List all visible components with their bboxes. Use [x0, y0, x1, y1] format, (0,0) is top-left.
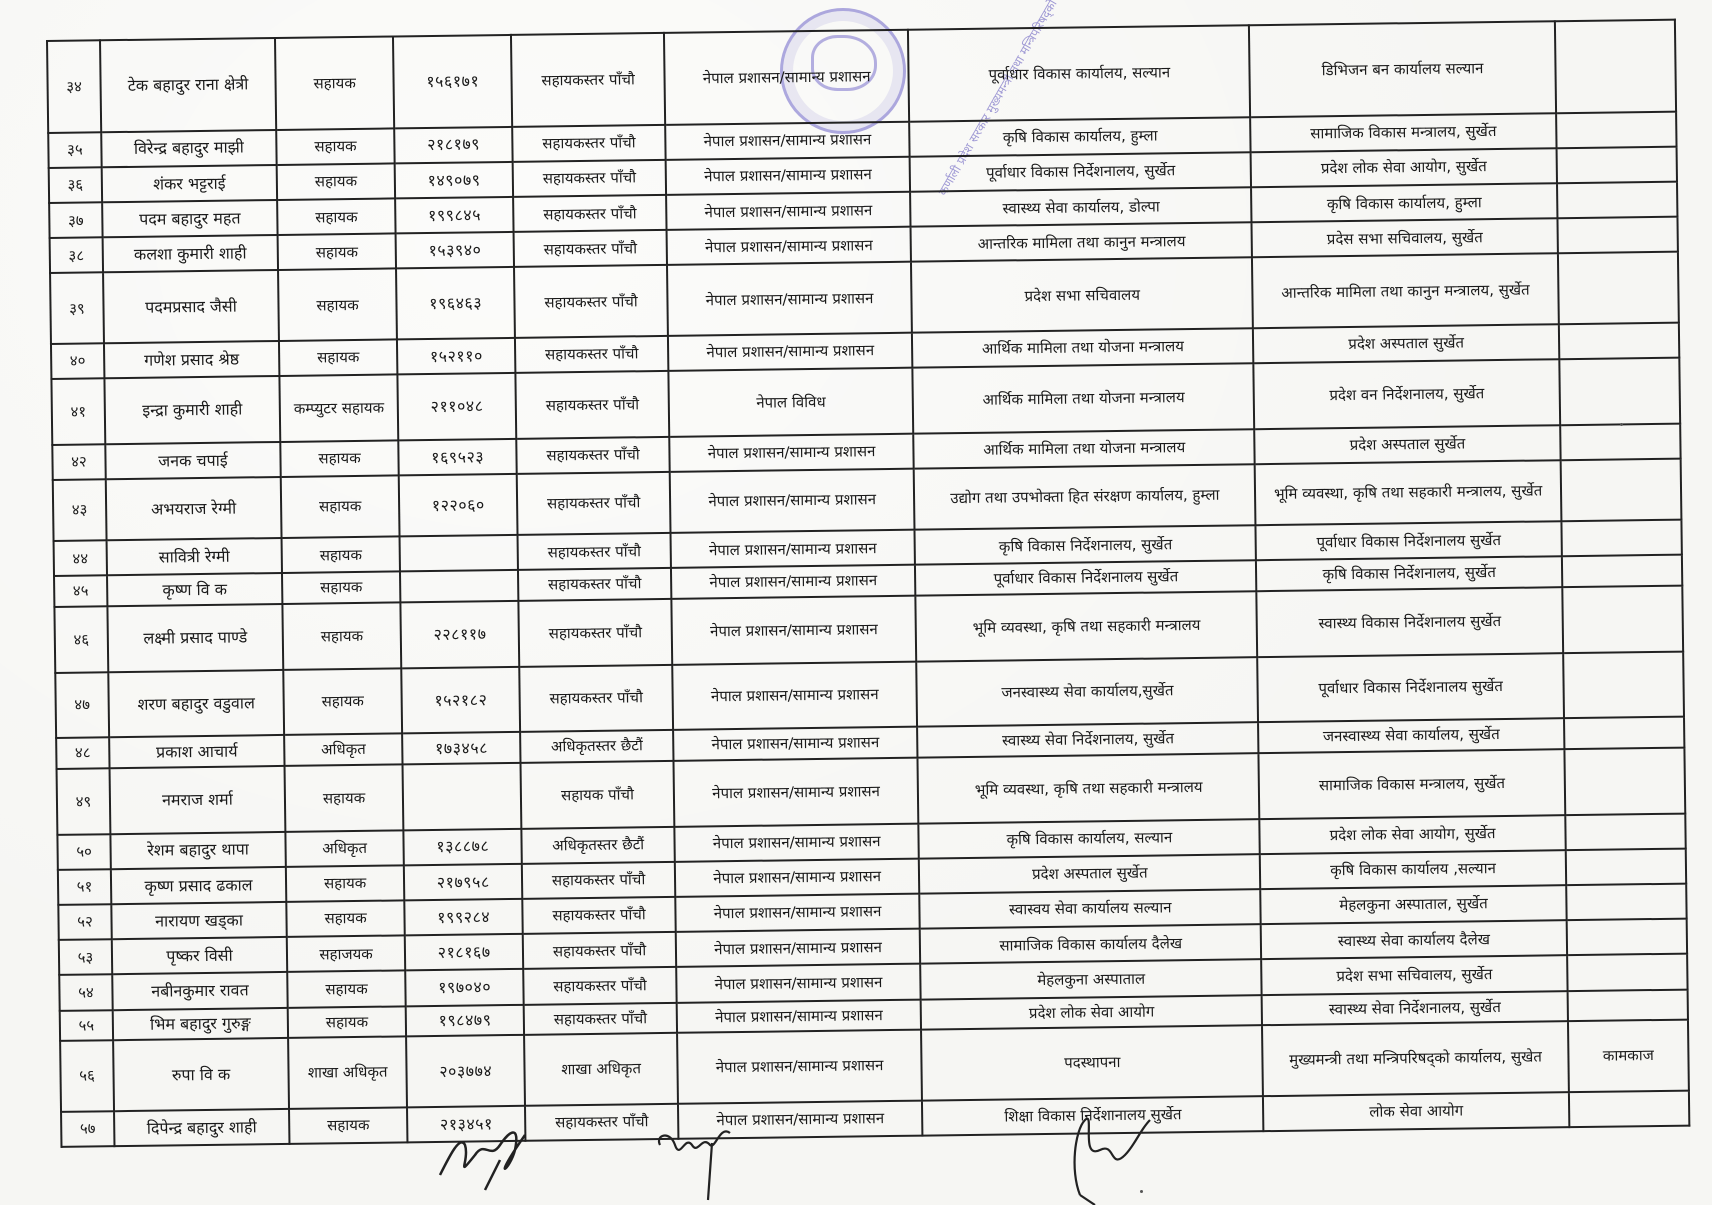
cell-post: सहायक [282, 602, 401, 669]
cell-level: सहायकस्तर पाँचौ [523, 897, 676, 934]
cell-current-office: पूर्वाधार विकास निर्देशनालय, सुर्खेत [910, 152, 1251, 192]
cell-code: २१३४५१ [407, 1105, 526, 1142]
cell-level: सहायकस्तर पाँचौ [512, 124, 665, 161]
cell-post: सहायक [287, 971, 406, 1008]
cell-name: गणेश प्रसाद श्रेष्ठ [104, 341, 280, 379]
cell-name: कृष्ण वि क [107, 573, 282, 606]
cell-remarks [1557, 182, 1678, 219]
cell-current-office: प्रदेश लोक सेवा आयोग [921, 995, 1262, 1030]
cell-level: सहायकस्तर पाँचौ [514, 265, 668, 337]
cell-post: सहायक [280, 440, 399, 477]
cell-level: सहायकस्तर पाँचौ [515, 336, 668, 373]
cell-remarks [1567, 954, 1688, 991]
cell-sn: ३७ [49, 202, 102, 238]
cell-level: सहायकस्तर पाँचौ [518, 533, 671, 570]
cell-service: नेपाल प्रशासन/सामान्य प्रशासन [676, 964, 921, 1002]
cell-remarks [1565, 813, 1686, 850]
cell-new-office: प्रदेश लोक सेवा आयोग, सुर्खेत [1260, 815, 1566, 854]
cell-level: सहायकस्तर पाँचौ [518, 568, 671, 601]
cell-code [403, 763, 522, 830]
cell-sn: ४४ [54, 540, 107, 576]
ink-dot [1140, 1190, 1143, 1193]
cell-service: नेपाल प्रशासन/सामान्य प्रशासन [666, 192, 911, 230]
cell-code: २१८१६७ [405, 934, 524, 971]
cell-sn: ४३ [53, 479, 107, 541]
cell-current-office: कृषि विकास कार्यालय, हुम्ला [909, 117, 1250, 157]
cell-level: सहायकस्तर पाँचौ [513, 160, 666, 197]
cell-service: नेपाल प्रशासन/सामान्य प्रशासन [666, 156, 911, 194]
cell-name: रेशम बहादुर थापा [110, 831, 286, 869]
cell-level: शाखा अधिकृत [524, 1033, 678, 1105]
cell-sn: ४८ [56, 738, 109, 769]
cell-post: सहायक [283, 668, 402, 735]
cell-post: सहायक [278, 269, 397, 341]
cell-code: १२२०६० [399, 474, 518, 537]
transfer-list-table: ३४टेक बहादुर राना क्षेत्रीसहायक१५६१७१सहा… [46, 19, 1690, 1148]
cell-current-office: कृषि विकास कार्यालय, सल्यान [919, 819, 1260, 859]
cell-sn: ३५ [48, 132, 101, 168]
cell-current-office: आर्थिक मामिला तथा योजना मन्त्रालय [913, 363, 1255, 433]
cell-service: नेपाल प्रशासन/सामान्य प्रशासन [664, 30, 910, 125]
transfer-list-table-container: ३४टेक बहादुर राना क्षेत्रीसहायक१५६१७१सहा… [46, 19, 1690, 1148]
cell-level: अधिकृतस्तर छैटौं [520, 730, 673, 763]
cell-sn: ५५ [60, 1010, 113, 1041]
cell-name: इन्द्रा कुमारी शाही [104, 376, 280, 444]
cell-current-office: उद्योग तथा उपभोक्ता हित संरक्षण कार्यालय… [914, 464, 1256, 530]
cell-code: १९७०४० [405, 969, 524, 1006]
cell-service: नेपाल प्रशासन/सामान्य प्रशासन [676, 929, 921, 967]
cell-sn: ४१ [51, 378, 105, 444]
cell-post: कम्प्युटर सहायक [279, 375, 398, 442]
cell-code: १५३९४० [396, 232, 515, 269]
cell-remarks [1564, 747, 1685, 814]
cell-level: सहायकस्तर पाँचौ [524, 1002, 677, 1035]
cell-new-office: कृषि विकास कार्यालय, हुम्ला [1251, 183, 1557, 222]
cell-code: १३८८७८ [404, 828, 523, 865]
cell-sn: ५३ [59, 939, 112, 975]
cell-service: नेपाल प्रशासन/सामान्य प्रशासन [678, 1100, 923, 1139]
cell-current-office: प्रदेश अस्पताल सुर्खेत [919, 854, 1260, 894]
cell-current-office: मेहलकुना अस्पाताल [920, 960, 1261, 1000]
cell-current-office: प्रदेश सभा सचिवालय [911, 258, 1253, 333]
cell-code: १५२११० [397, 338, 516, 375]
cell-level: सहायकस्तर पाँचौ [523, 967, 676, 1004]
cell-post: सहायक [286, 900, 405, 937]
cell-level: सहायकस्तर पाँचौ [511, 33, 665, 127]
cell-post: सहायक [282, 537, 401, 574]
cell-code: २११०४८ [398, 373, 517, 440]
cell-remarks [1562, 555, 1683, 587]
cell-post: सहायक [289, 1107, 408, 1144]
cell-name: नमराज शर्मा [109, 766, 285, 834]
cell-level: सहायकस्तर पाँचौ [522, 862, 675, 899]
cell-post: सहायक [281, 475, 400, 538]
cell-service: नेपाल प्रशासन/सामान्य प्रशासन [667, 262, 912, 336]
cell-current-office: स्वास्थ्य सेवा कार्यालय, डोल्पा [910, 187, 1251, 227]
cell-level: सहायक पाँचौ [521, 761, 675, 829]
cell-new-office: प्रदेस सभा सचिवालय, सुर्खेत [1252, 218, 1558, 257]
cell-level: सहायकस्तर पाँचौ [513, 195, 666, 232]
cell-code [400, 570, 518, 602]
cell-level: सहायकस्तर पाँचौ [525, 1103, 678, 1140]
cell-name: जनक चपाई [105, 442, 281, 480]
cell-service: नेपाल प्रशासन/सामान्य प्रशासन [668, 333, 913, 371]
cell-name: शंकर भट्टराई [102, 165, 278, 203]
cell-remarks [1558, 252, 1679, 324]
cell-post: सहायक [279, 339, 398, 376]
cell-code: १९९८४५ [395, 197, 514, 234]
cell-remarks [1566, 848, 1687, 885]
cell-name: पदमप्रसाद जैसी [103, 270, 279, 343]
cell-name: लक्ष्मी प्रसाद पाण्डे [107, 604, 283, 672]
cell-name: पृष्कर विसी [112, 937, 288, 975]
cell-current-office: सामाजिक विकास कार्यालय दैलेख [920, 924, 1261, 964]
cell-sn: ३९ [50, 273, 104, 344]
cell-service: नेपाल प्रशासन/सामान्य प्रशासन [672, 661, 917, 730]
cell-level: सहायकस्तर पाँचौ [517, 472, 671, 535]
cell-remarks [1563, 651, 1684, 718]
cell-post: सहायक [275, 36, 394, 129]
cell-name: कृष्ण प्रसाद ढकाल [111, 867, 287, 905]
cell-remarks [1560, 423, 1681, 460]
cell-code: २०३७७४ [406, 1035, 525, 1107]
cell-sn: ५० [57, 834, 110, 870]
scanned-page: कर्णाली प्रदेश सरकार मुख्यमन्त्री तथा मन… [0, 0, 1712, 1205]
cell-remarks [1562, 585, 1683, 652]
cell-new-office: प्रदेश सभा सचिवालय, सुर्खेत [1262, 956, 1568, 995]
cell-new-office: पूर्वाधार विकास निर्देशनालय सुर्खेत [1258, 653, 1564, 723]
cell-sn: ४२ [52, 444, 105, 480]
cell-post: सहायक [277, 163, 396, 200]
cell-sn: ४५ [54, 576, 107, 607]
cell-level: सहायकस्तर पाँचौ [516, 437, 669, 474]
cell-remarks [1555, 20, 1676, 113]
cell-remarks [1559, 323, 1680, 360]
cell-new-office: पूर्वाधार विकास निर्देशनालय सुर्खेत [1256, 521, 1562, 560]
cell-new-office: मुख्यमन्त्री तथा मन्त्रिपरिषद्को कार्याल… [1262, 1021, 1568, 1095]
cell-code: १५६१७१ [393, 35, 512, 128]
cell-code: १९८४७९ [406, 1004, 524, 1036]
cell-name: प्रकाश आचार्य [109, 735, 284, 768]
cell-name: भिम बहादुर गुरुङ्ग [113, 1008, 288, 1041]
cell-remarks [1566, 919, 1687, 956]
cell-new-office: प्रदेश वन निर्देशनालय, सुर्खेत [1254, 359, 1560, 429]
cell-service: नेपाल प्रशासन/सामान्य प्रशासन [671, 596, 916, 665]
cell-current-office: कृषि विकास निर्देशनालय, सुर्खेत [915, 525, 1256, 565]
cell-name: अभयराज रेग्मी [106, 477, 282, 540]
cell-code: १९६४६३ [396, 267, 515, 339]
cell-new-office: कृषि विकास कार्यालय ,सल्यान [1260, 850, 1566, 889]
cell-service: नेपाल प्रशासन/सामान्य प्रशासन [675, 894, 920, 932]
cell-current-office: शिक्षा विकास निर्देशानालय सुर्खेत [922, 1096, 1263, 1136]
cell-new-office: लोक सेवा आयोग [1263, 1092, 1569, 1131]
cell-name: कलशा कुमारी शाही [103, 235, 279, 273]
cell-new-office: सामाजिक विकास मन्त्रालय, सुर्खेत [1259, 749, 1565, 819]
cell-remarks [1567, 989, 1688, 1021]
cell-current-office: आर्थिक मामिला तथा योजना मन्त्रालय [914, 429, 1255, 469]
cell-code: २१८१७९ [394, 126, 513, 163]
cell-name: पदम बहादुर महत [102, 200, 278, 238]
cell-service: नेपाल प्रशासन/सामान्य प्रशासन [669, 434, 914, 472]
cell-new-office: स्वास्थ्य सेवा निर्देशनालय, सुर्खेत [1262, 991, 1568, 1026]
cell-code: १५२१८२ [401, 666, 520, 733]
cell-remarks [1561, 520, 1682, 557]
cell-current-office: आर्थिक मामिला तथा योजना मन्त्रालय [912, 328, 1253, 368]
cell-remarks [1560, 459, 1681, 522]
cell-service: नेपाल प्रशासन/सामान्य प्रशासन [677, 999, 922, 1033]
cell-code: १६९५२३ [398, 439, 517, 476]
cell-service: नेपाल प्रशासन/सामान्य प्रशासन [670, 469, 915, 533]
cell-remarks [1559, 358, 1680, 425]
cell-post: सहायक [285, 764, 404, 831]
cell-new-office: प्रदेश अस्पताल सुर्खेत [1255, 425, 1561, 464]
cell-remarks: कामकाज [1568, 1020, 1689, 1092]
cell-current-office: पूर्वाधार विकास निर्देशनालय सुर्खेत [915, 561, 1256, 596]
cell-code: २१७९५८ [404, 864, 523, 901]
cell-name: दिपेन्द्र बहादुर शाही [114, 1109, 290, 1147]
cell-new-office: जनस्वास्थ्य सेवा कार्यालय, सुर्खेत [1258, 719, 1564, 754]
cell-current-office: भूमि व्यवस्था, कृषि तथा सहकारी मन्त्रालय [918, 753, 1260, 823]
cell-sn: ३६ [49, 167, 102, 203]
cell-post: अधिकृत [285, 830, 404, 867]
cell-post: सहायक [278, 234, 397, 271]
cell-service: नेपाल प्रशासन/सामान्य प्रशासन [666, 227, 911, 265]
cell-sn: ५७ [61, 1111, 114, 1147]
cell-new-office: सामाजिक विकास मन्त्रालय, सुर्खेत [1250, 113, 1556, 152]
cell-sn: ५६ [60, 1040, 114, 1111]
cell-post: सहाजयक [287, 936, 406, 973]
cell-current-office: आन्तरिक मामिला तथा कानुन मन्त्रालय [911, 222, 1252, 262]
cell-sn: ४७ [55, 672, 109, 738]
cell-code: १४९०७९ [395, 162, 514, 199]
cell-sn: ५१ [58, 869, 111, 905]
cell-current-office: पूर्वाधार विकास कार्यालय, सल्यान [908, 25, 1250, 121]
cell-service: नेपाल प्रशासन/सामान्य प्रशासन [665, 121, 910, 159]
cell-code [400, 535, 519, 572]
cell-post: सहायक [288, 1006, 406, 1038]
cell-post: शाखा अधिकृत [288, 1037, 407, 1109]
cell-name: विरेन्द्र बहादुर माझी [101, 130, 277, 168]
cell-current-office: जनस्वास्थ्य सेवा कार्यालय,सुर्खेत [917, 657, 1259, 727]
cell-remarks [1556, 111, 1677, 148]
cell-new-office: भूमि व्यवस्था, कृषि तथा सहकारी मन्त्रालय… [1255, 460, 1561, 525]
cell-current-office: स्वास्वय सेवा कार्यालय सल्यान [920, 889, 1261, 929]
cell-name: नबीनकुमार रावत [112, 972, 288, 1010]
cell-name: टेक बहादुर राना क्षेत्री [100, 38, 276, 132]
cell-remarks [1556, 146, 1677, 183]
cell-new-office: आन्तरिक मामिला तथा कानुन मन्त्रालय, सुर्… [1252, 254, 1558, 328]
cell-new-office: प्रदेश अस्पताल सुर्खेत [1253, 324, 1559, 363]
cell-new-office: डिभिजन बन कार्यालय सल्यान [1249, 21, 1556, 117]
cell-service: नेपाल प्रशासन/सामान्य प्रशासन [673, 727, 918, 761]
cell-post: सहायक [277, 198, 396, 235]
cell-service: नेपाल विविध [668, 368, 913, 437]
cell-code: १९९२८४ [404, 899, 523, 936]
cell-level: अधिकृतस्तर छैटौं [522, 826, 675, 863]
cell-sn: ५२ [58, 904, 111, 940]
cell-service: नेपाल प्रशासन/सामान्य प्रशासन [673, 757, 918, 826]
cell-sn: ५४ [59, 975, 112, 1011]
cell-current-office: भूमि व्यवस्था, कृषि तथा सहकारी मन्त्रालय [916, 591, 1258, 661]
cell-level: सहायकस्तर पाँचौ [519, 664, 673, 732]
cell-new-office: कृषि विकास निर्देशनालय, सुर्खेत [1256, 557, 1562, 592]
cell-new-office: स्वास्थ्य विकास निर्देशनालय सुर्खेत [1257, 587, 1563, 657]
cell-name: सावित्री रेग्मी [106, 538, 282, 576]
cell-service: नेपाल प्रशासन/सामान्य प्रशासन [675, 858, 920, 896]
cell-current-office: पदस्थापना [921, 1025, 1263, 1100]
cell-post: सहायक [282, 572, 400, 604]
cell-post: सहायक [286, 865, 405, 902]
cell-new-office: प्रदेश लोक सेवा आयोग, सुर्खेत [1251, 148, 1557, 187]
cell-name: शरण बहादुर वडुवाल [108, 670, 284, 738]
cell-name: नारायण खड्का [111, 902, 287, 940]
cell-remarks [1566, 884, 1687, 921]
cell-service: नेपाल प्रशासन/सामान्य प्रशासन [671, 565, 916, 599]
cell-service: नेपाल प्रशासन/सामान्य प्रशासन [670, 530, 915, 568]
cell-remarks [1564, 717, 1685, 749]
cell-sn: ३४ [47, 40, 101, 132]
cell-level: सहायकस्तर पाँचौ [514, 230, 667, 267]
ink-dot [1620, 423, 1623, 426]
cell-service: नेपाल प्रशासन/सामान्य प्रशासन [677, 1030, 922, 1104]
cell-level: सहायकस्तर पाँचौ [519, 599, 673, 667]
cell-sn: ४६ [54, 606, 108, 672]
cell-level: सहायकस्तर पाँचौ [516, 371, 670, 439]
cell-new-office: स्वास्थ्य सेवा कार्यालय दैलेख [1261, 920, 1567, 959]
cell-code: २२८११७ [401, 601, 520, 668]
cell-sn: ४९ [57, 768, 111, 834]
cell-level: सहायकस्तर पाँचौ [523, 932, 676, 969]
cell-new-office: मेहलकुना अस्पाताल, सुर्खेत [1261, 885, 1567, 924]
cell-code: १७३४५८ [402, 732, 520, 764]
cell-post: सहायक [276, 128, 395, 165]
cell-sn: ३८ [50, 238, 103, 274]
cell-remarks [1557, 217, 1678, 254]
cell-service: नेपाल प्रशासन/सामान्य प्रशासन [674, 823, 919, 861]
cell-sn: ४० [51, 343, 104, 379]
cell-current-office: स्वास्थ्य सेवा निर्देशनालय, सुर्खेत [917, 723, 1258, 758]
cell-post: अधिकृत [284, 734, 402, 766]
cell-remarks [1569, 1090, 1690, 1127]
cell-name: रुपा वि क [113, 1038, 289, 1111]
